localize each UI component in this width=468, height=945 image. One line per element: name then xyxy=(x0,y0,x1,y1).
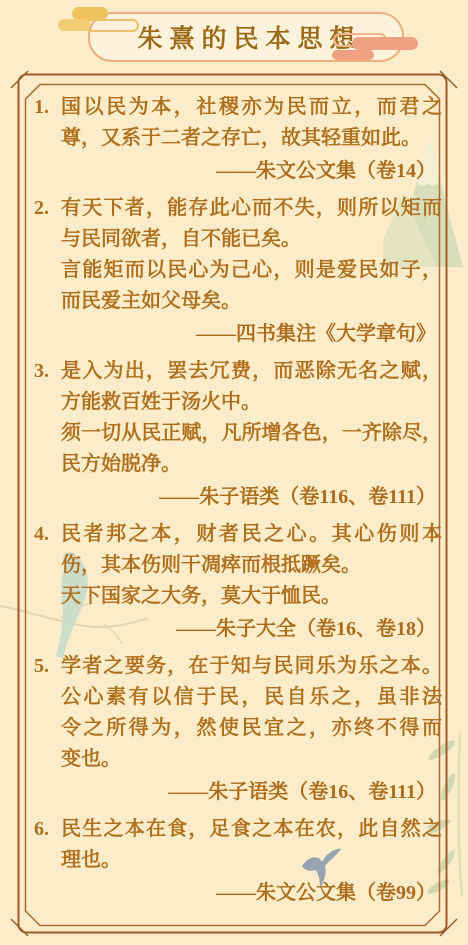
quote-line: 国以民为本，社稷亦为民而立，而君之 xyxy=(61,92,442,123)
quote-source: ——朱子语类（卷116、卷111） xyxy=(61,482,442,513)
poster: 朱熹的民本思想 1. 国以民为本，社稷亦为民而立，而君之 尊，又系于二者之存亡，… xyxy=(0,0,468,945)
quote-block: 3. 是入为出，罢去冗费，而恶除无名之赋， 方能救百姓于汤火中。 须一切从民正赋… xyxy=(34,356,442,513)
quote-block: 6. 民生之本在食，足食之本在农，此自然之 理也。 ——朱文公文集（卷99） xyxy=(34,814,442,909)
quote-number: 5. xyxy=(34,651,61,808)
quote-number: 3. xyxy=(34,356,61,513)
quote-line: 民方始脱净。 xyxy=(61,449,442,480)
quote-line: 言能矩而以民心为己心，则是爱民如子， xyxy=(61,255,442,286)
quote-block: 4. 民者邦之本，财者民之心。其心伤则本 伤，其本伤则干凋瘁而根抵蹶矣。 天下国… xyxy=(34,519,442,645)
quote-line: 学者之要务，在于知与民同乐为乐之本。 xyxy=(61,651,442,682)
quote-line: 天下国家之大务，莫大于恤民。 xyxy=(61,581,442,612)
quote-number: 1. xyxy=(34,92,61,187)
quote-line: 而民爱主如父母矣。 xyxy=(61,286,442,317)
title-banner: 朱熹的民本思想 xyxy=(88,12,404,62)
quote-line: 伤，其本伤则干凋瘁而根抵蹶矣。 xyxy=(61,550,442,581)
quote-line: 尊，又系于二者之存亡，故其轻重如此。 xyxy=(61,123,442,154)
quote-line: 令之所得为，然使民宜之，亦终不得而 xyxy=(61,713,442,744)
quote-line: 方能救百姓于汤火中。 xyxy=(61,387,442,418)
quote-source: ——朱文公文集（卷14） xyxy=(61,156,442,187)
quote-list: 1. 国以民为本，社稷亦为民而立，而君之 尊，又系于二者之存亡，故其轻重如此。 … xyxy=(34,92,442,909)
quote-line: 须一切从民正赋，凡所增各色，一齐除尽， xyxy=(61,418,442,449)
quote-line: 是入为出，罢去冗费，而恶除无名之赋， xyxy=(61,356,442,387)
quote-line: 公心素有以信于民，民自乐之，虽非法 xyxy=(61,682,442,713)
quote-source: ——朱子大全（卷16、卷18） xyxy=(61,614,442,645)
quote-block: 2. 有天下者，能存此心而不失，则所以矩而 与民同欲者，自不能已矣。 言能矩而以… xyxy=(34,193,442,350)
quote-number: 6. xyxy=(34,814,61,909)
quote-line: 民者邦之本，财者民之心。其心伤则本 xyxy=(61,519,442,550)
quote-block: 1. 国以民为本，社稷亦为民而立，而君之 尊，又系于二者之存亡，故其轻重如此。 … xyxy=(34,92,442,187)
quote-line: 有天下者，能存此心而不失，则所以矩而 xyxy=(61,193,442,224)
quote-source: ——朱文公文集（卷99） xyxy=(61,878,442,909)
quote-line: 与民同欲者，自不能已矣。 xyxy=(61,224,442,255)
quote-source: ——朱子语类（卷16、卷111） xyxy=(61,777,442,808)
quote-block: 5. 学者之要务，在于知与民同乐为乐之本。 公心素有以信于民，民自乐之，虽非法 … xyxy=(34,651,442,808)
quote-line: 民生之本在食，足食之本在农，此自然之 xyxy=(61,814,442,845)
quote-source: ——四书集注《大学章句》 xyxy=(61,319,442,350)
quote-line: 理也。 xyxy=(61,845,442,876)
page-title: 朱熹的民本思想 xyxy=(130,19,361,55)
quote-number: 4. xyxy=(34,519,61,645)
quote-number: 2. xyxy=(34,193,61,350)
quote-line: 变也。 xyxy=(61,744,442,775)
